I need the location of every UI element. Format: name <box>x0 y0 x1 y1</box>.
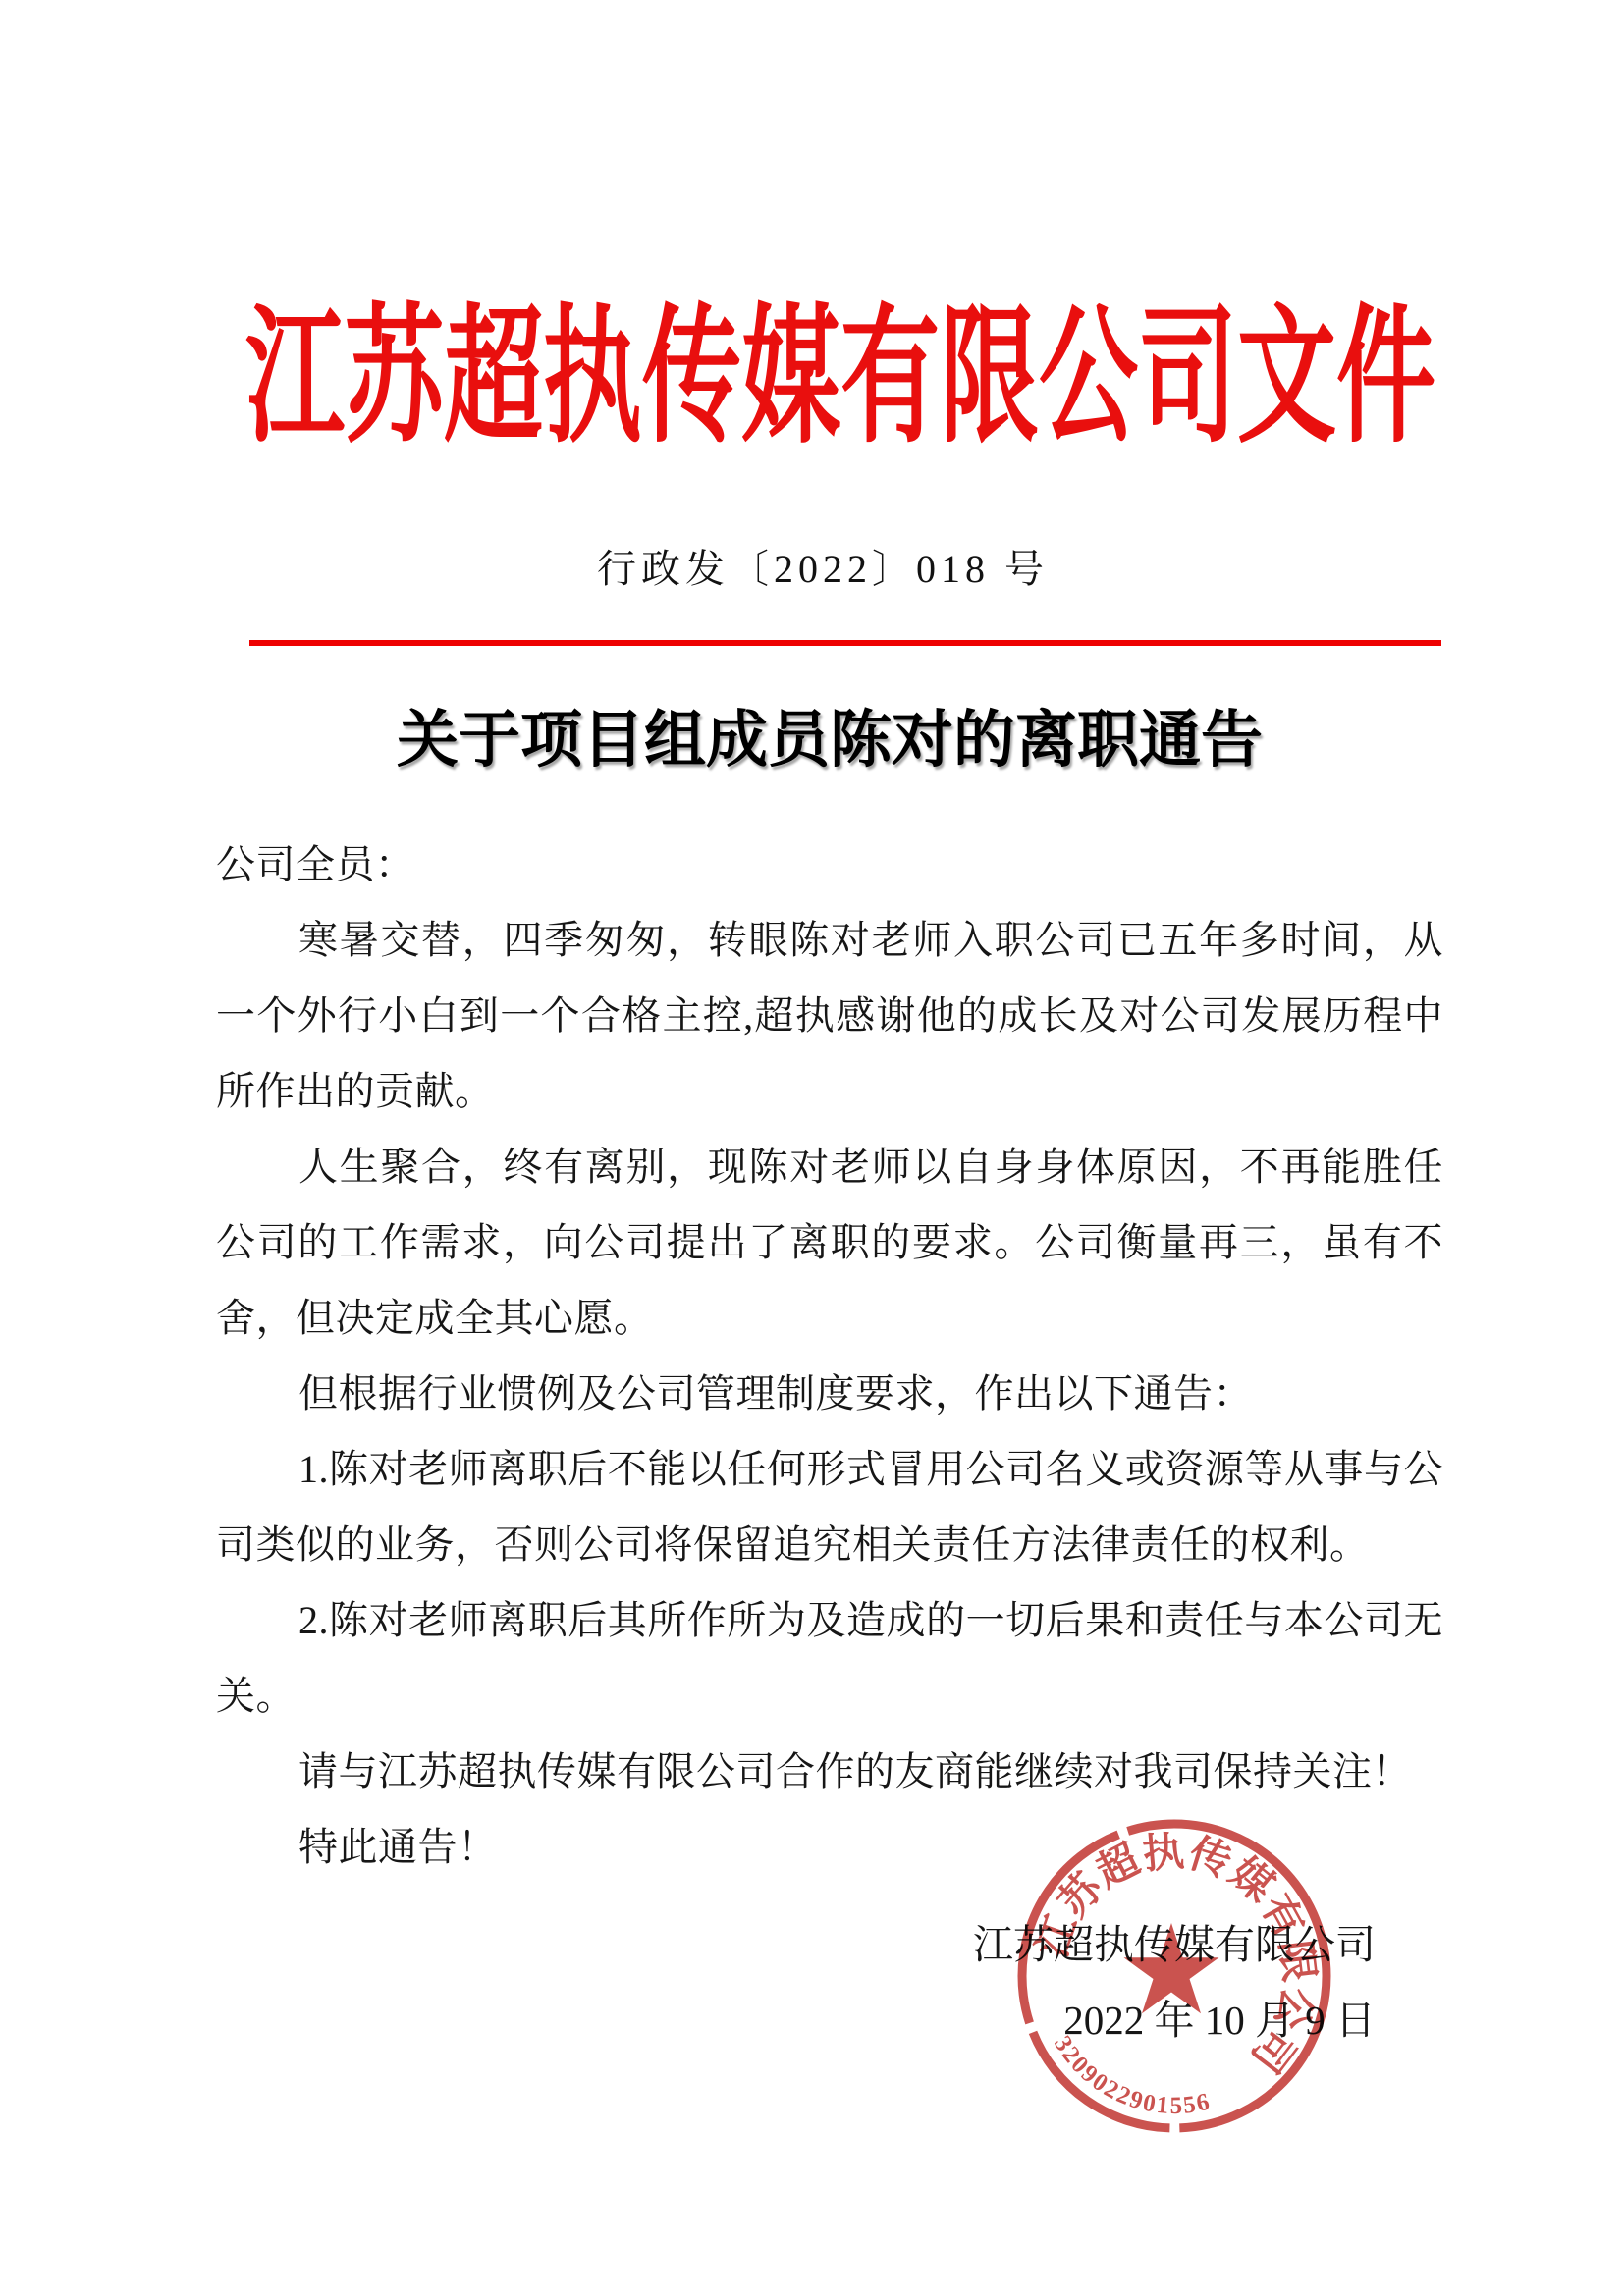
salutation: 公司全员： <box>216 827 1443 902</box>
paragraph: 1.陈对老师离职后不能以任何形式冒用公司名义或资源等从事与公司类似的业务，否则公… <box>216 1431 1443 1582</box>
letterhead-divider <box>249 640 1441 646</box>
paragraph: 人生聚合，终有离别，现陈对老师以自身身体原因，不再能胜任公司的工作需求，向公司提… <box>216 1129 1443 1356</box>
document-page: 江苏超执传媒有限公司文件 行政发〔2022〕018 号 关于项目组成员陈对的离职… <box>0 0 1624 2296</box>
notice-body: 公司全员： 寒暑交替，四季匆匆，转眼陈对老师入职公司已五年多时间，从一个外行小白… <box>216 827 1443 1885</box>
paragraph: 2.陈对老师离职后其所作所为及造成的一切后果和责任与本公司无关。 <box>216 1582 1443 1734</box>
document-number: 行政发〔2022〕018 号 <box>332 548 1314 591</box>
paragraph: 但根据行业惯例及公司管理制度要求，作出以下通告： <box>216 1356 1443 1431</box>
paragraph: 请与江苏超执传媒有限公司合作的友商能继续对我司保持关注！ <box>216 1734 1443 1809</box>
signature-company: 江苏超执传媒有限公司 <box>973 1907 1376 1983</box>
paragraph: 寒暑交替，四季匆匆，转眼陈对老师入职公司已五年多时间，从一个外行小白到一个合格主… <box>216 902 1443 1129</box>
signature-date: 2022 年 10 月 9 日 <box>973 1983 1376 2058</box>
letterhead-title: 江苏超执传媒有限公司文件 <box>245 304 1434 454</box>
signature-block: 江苏超执传媒有限公司 2022 年 10 月 9 日 <box>973 1907 1376 2058</box>
notice-title: 关于项目组成员陈对的离职通告 <box>388 706 1272 775</box>
paragraph: 特此通告！ <box>216 1809 1443 1885</box>
